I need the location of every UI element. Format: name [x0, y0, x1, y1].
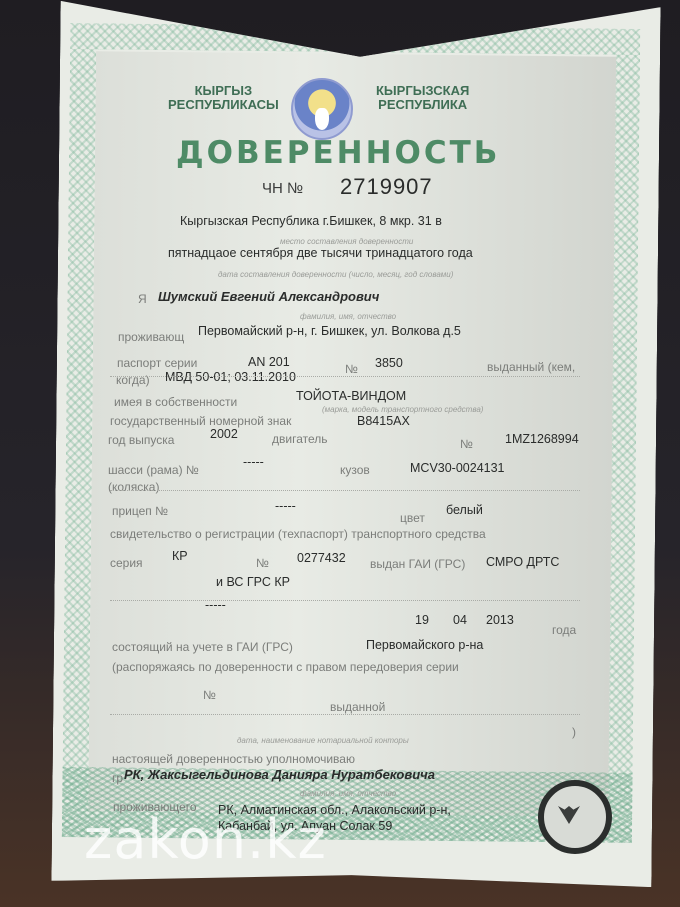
trailer-label: прицеп № — [112, 504, 168, 518]
chassis-label-2: (коляска) — [108, 480, 159, 494]
attorney-caption: фамилия, имя, отчество — [300, 789, 396, 798]
ribbon-kyrgyz-text: КЫРГЫЗ РЕСПУБЛИКАСЫ — [168, 84, 279, 112]
reg-no-label: № — [256, 556, 269, 570]
reg-series-label: серия — [110, 556, 143, 570]
plate-number: B8415AX — [357, 414, 410, 428]
principal-name: Шумский Евгений Александрович — [158, 289, 379, 304]
passport-series: AN 201 — [248, 355, 290, 369]
issued-by: МВД 50-01; 03.11.2010 — [165, 370, 296, 384]
authorize-text: настоящей доверенностью уполномочиваю — [112, 752, 355, 766]
ribbon-right-line1: КЫРГЫЗСКАЯ — [376, 84, 469, 98]
dotted-rule — [110, 714, 580, 715]
body-number: MCV30-0024131 — [410, 461, 505, 475]
reg-series: КР — [172, 549, 188, 563]
passport-series-label: паспорт серии — [117, 356, 197, 370]
address-label: проживающ — [118, 330, 184, 344]
reg-number: 0277432 — [297, 551, 346, 565]
reg-issued-label: выдан ГАИ (ГРС) — [370, 557, 465, 571]
substitution-caption: дата, наименование нотариальной конторы — [237, 736, 409, 745]
color-label: цвет — [400, 511, 425, 525]
attorney-name: РК, Жаксыгельдинова Данияра Нуратбекович… — [124, 767, 435, 782]
vehicle-model: ТОЙОТА-ВИНДОМ — [296, 389, 406, 403]
serial-number-label: ЧН № — [262, 180, 303, 197]
attorney-prefix: гр — [112, 771, 123, 785]
trailer-value: ----- — [275, 499, 296, 513]
registration-heading: свидетельство о регистрации (техпаспорт)… — [110, 527, 486, 541]
principal-caption: фамилия, имя, отчество — [300, 312, 396, 321]
place-caption: место составления доверенности — [280, 237, 413, 246]
address-value: Первомайский р-н, г. Бишкек, ул. Волкова… — [198, 324, 461, 338]
date-value: пятнадцаое сентября две тысячи тринадцат… — [168, 246, 473, 260]
dotted-rule — [110, 600, 580, 601]
substitution-issued-label: выданной — [330, 700, 385, 714]
document-title: ДОВЕРЕННОСТЬ — [176, 135, 500, 171]
kyrgyz-emblem-icon — [291, 78, 353, 140]
substitution-no-label: № — [203, 688, 216, 702]
chassis-value: ----- — [243, 455, 264, 469]
reg-day: 19 — [415, 613, 429, 627]
ribbon-left-line1: КЫРГЫЗ — [168, 84, 279, 98]
vehicle-model-caption: (марка, модель транспортного средства) — [322, 405, 483, 414]
date-caption: дата составления доверенности (число, ме… — [218, 270, 453, 279]
owned-label: имея в собственности — [114, 395, 237, 409]
reg-month: 04 — [453, 613, 467, 627]
place-value: Кыргызская Республика г.Бишкек, 8 мкр. 3… — [180, 214, 442, 228]
passport-no: 3850 — [375, 356, 403, 370]
eagle-icon — [558, 806, 580, 824]
falcon-icon — [315, 108, 329, 130]
serial-number: 2719907 — [340, 174, 433, 200]
dotted-rule — [110, 490, 580, 491]
reg-year: 2013 — [486, 613, 514, 627]
substitution-text: (распоряжаясь по доверенности с правом п… — [112, 660, 459, 674]
year-label: год выпуска — [108, 433, 174, 447]
passport-no-label: № — [345, 362, 358, 376]
state-header-ribbon: КЫРГЫЗ РЕСПУБЛИКАСЫ КЫРГЫЗСКАЯ РЕСПУБЛИК… — [160, 78, 500, 136]
reg-issued-by: СМРО ДРТС — [486, 555, 559, 569]
engine-number: 1MZ1268994 — [505, 432, 579, 446]
dotted-rule — [110, 376, 580, 377]
ribbon-russian-text: КЫРГЫЗСКАЯ РЕСПУБЛИКА — [376, 84, 469, 112]
notary-stamp-icon — [538, 780, 612, 854]
reg-issued-by-2: и ВС ГРС КР — [216, 575, 290, 589]
color-value: белый — [446, 503, 483, 517]
watermark: zakon.kz — [84, 808, 327, 871]
ribbon-left-line2: РЕСПУБЛИКАСЫ — [168, 98, 279, 112]
plate-label: государственный номерной знак — [110, 414, 291, 428]
issued-label: выданный (кем, — [487, 360, 575, 374]
engine-label: двигатель — [272, 432, 328, 446]
engine-no-label: № — [460, 437, 473, 451]
registered-at: Первомайского р-на — [366, 638, 483, 652]
chassis-label: шасси (рама) № — [108, 463, 199, 477]
substitution-close-paren: ) — [572, 725, 576, 739]
reg-year-suffix: года — [552, 623, 576, 637]
ribbon-right-line2: РЕСПУБЛИКА — [376, 98, 469, 112]
year-value: 2002 — [210, 427, 238, 441]
registered-label: состоящий на учете в ГАИ (ГРС) — [112, 640, 293, 654]
principal-prefix: Я — [138, 292, 147, 306]
body-label: кузов — [340, 463, 370, 477]
